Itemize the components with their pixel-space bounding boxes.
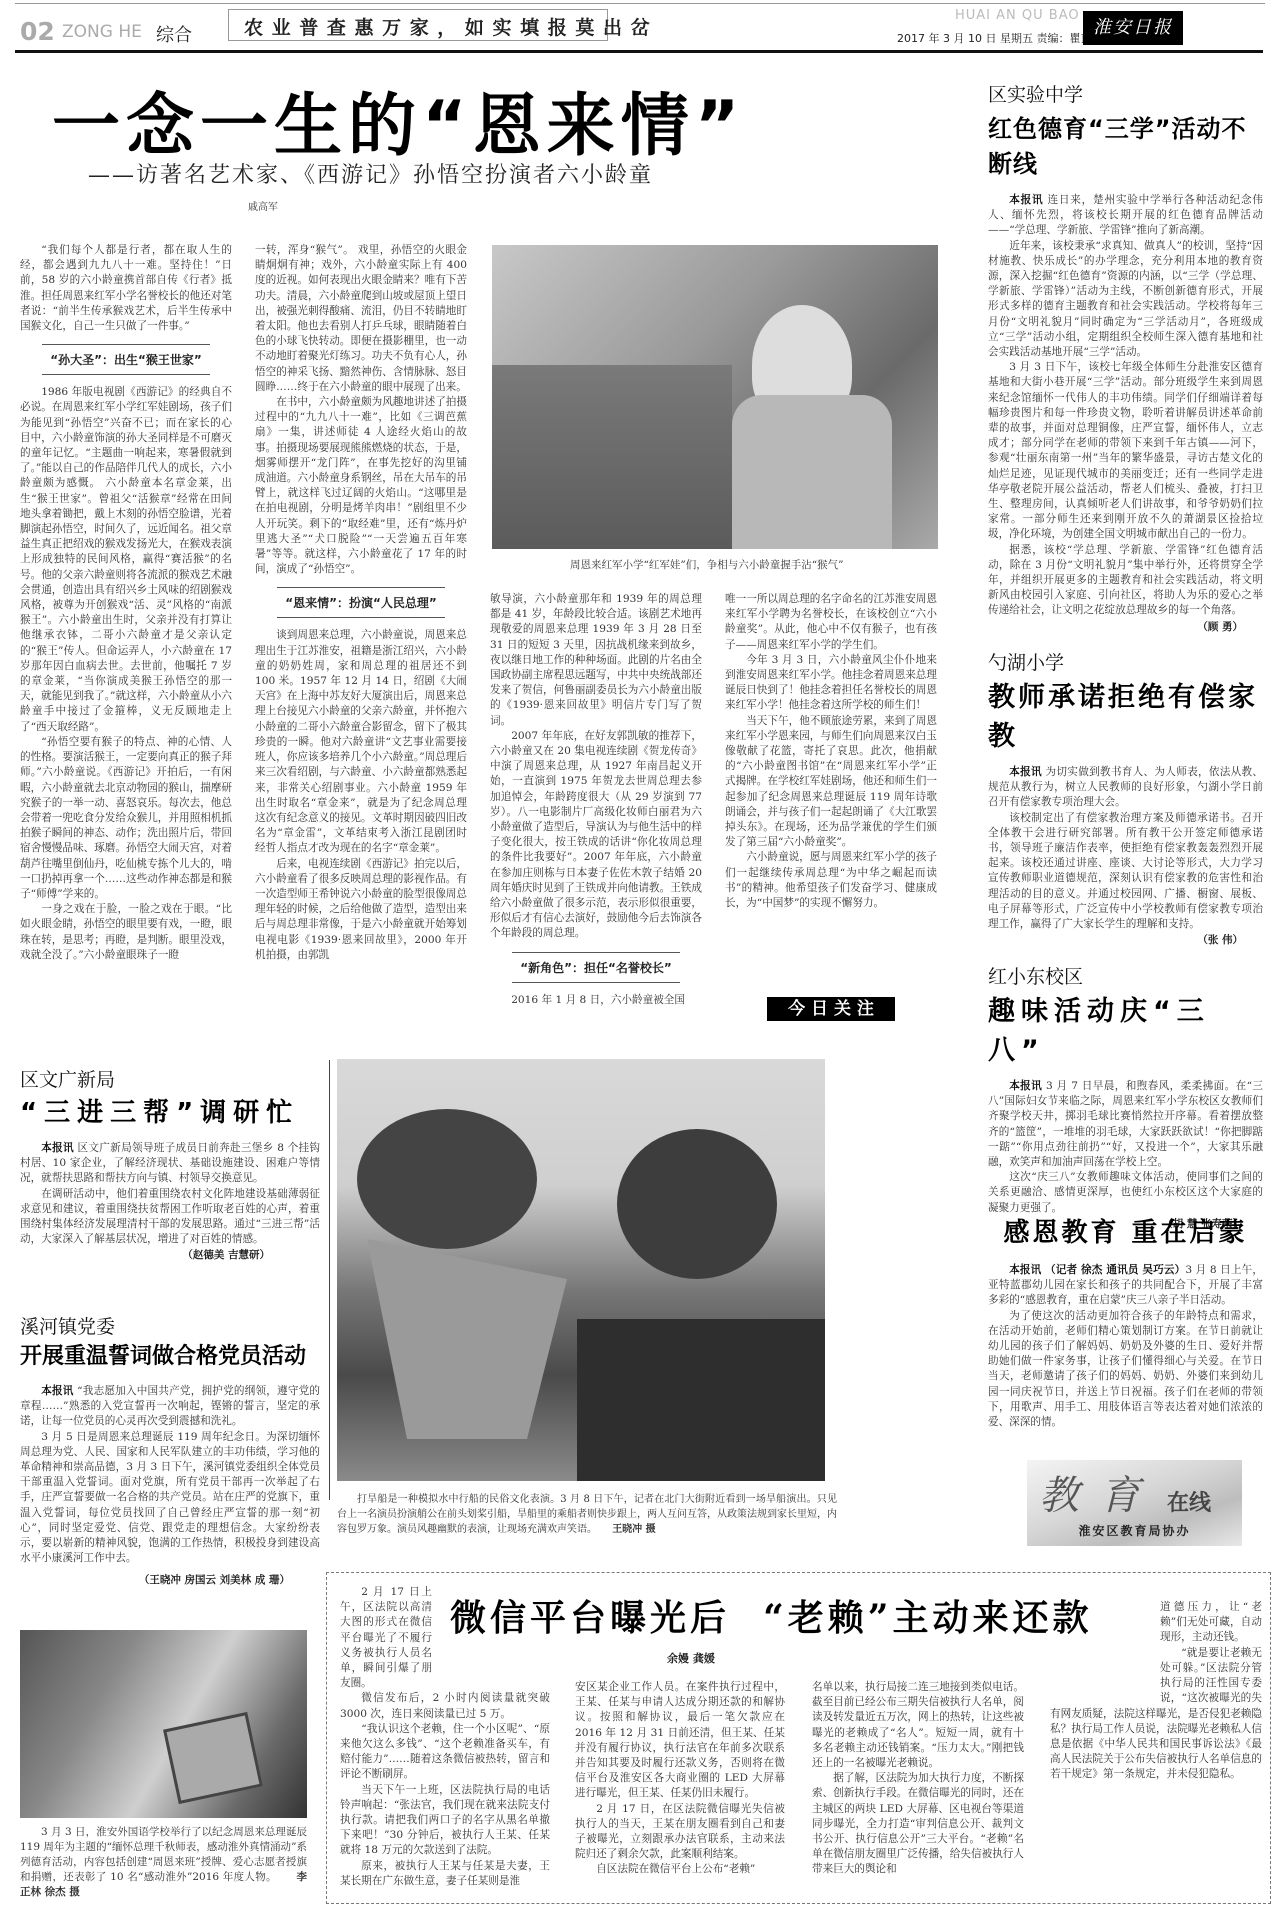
today-focus-label: 今 日 关 注 — [767, 997, 895, 1021]
edu-banner-online: 在线 — [1167, 1486, 1211, 1517]
foreign-language-school-photo — [20, 1630, 307, 1818]
right-article-3: 红小东校区 趣味活动庆“三八” 本报讯 3 月 7 日早晨，和煦春风，柔柔拂面。… — [988, 962, 1263, 1231]
lead-photo-liuxiaolingtong — [492, 245, 938, 549]
masthead-rule — [15, 50, 1263, 53]
bottom-col-3: 名单以来，执行局接二连三地接到类似电话。截至目前已经公布三期失信被执行人名单，阅… — [812, 1680, 1024, 1878]
lead-subhead-1: “孙大圣”：出生“猴王世家” — [42, 344, 210, 375]
dry-boat-performance-photo — [337, 1059, 825, 1481]
lead-col-2: 一转，浑身“猴气”。 戏里，孙悟空的火眼金睛炯炯有神；戏外，六小龄童实际上有 4… — [255, 243, 467, 963]
lead-col-4: 唯一一所以周总理的名字命名的江苏淮安周恩来红军小学聘为名誉校长，在该校创立“六小… — [725, 592, 937, 911]
left-article-2: 溪河镇党委 开展重温誓词做合格党员活动 本报讯 “我志愿加入中国共产党，拥护党的… — [20, 1312, 320, 1587]
paper-pinyin: HUAI AN QU BAO — [955, 8, 1080, 23]
lead-subhead-3: “新角色”：担任“名誉校长” — [512, 952, 680, 983]
lead-author: 戚高军 — [248, 198, 278, 213]
byline: （顾 勇） — [988, 619, 1263, 634]
bottom-col-2: 安区某企业工作人员。在案件执行过程中，王某、任某与申请人达成分期还款的和解协议。… — [575, 1680, 785, 1878]
left-article-1-headline: “三进三帮”调研忙 — [20, 1092, 320, 1129]
right-column: 区实验中学 红色德育“三学”活动不断线 本报讯 连日来，楚州实验中学举行各种活动… — [988, 80, 1263, 634]
bottom-col-4: 道德压力，让“老赖”们无处可藏，自动现形，主动还钱。 “就是要让老赖无处可躲。”… — [1050, 1600, 1262, 1783]
bottom-col-1: 2 月 17 日上午，区法院以高清大图的形式在微信平台曝光了不履行义务被执行人员… — [340, 1585, 550, 1889]
bottom-story-authors: 余嫚 龚媛 — [667, 1650, 715, 1666]
foreign-language-school-caption: 3 月 3 日，淮安外国语学校举行了以纪念周恩来总理诞辰 119 周年为主题的“… — [20, 1825, 307, 1900]
byline: （王晓冲 房国云 刘美林 成 珊） — [20, 1572, 320, 1587]
left-article-1: 区文广新局 “三进三帮”调研忙 本报讯 区文广新局领导班子成员日前奔赴三堡乡 8… — [20, 1065, 320, 1262]
right-article-2: 勺湖小学 教师承诺拒绝有偿家教 本报讯 为切实做到教书育人、为人师表，依法从教、… — [988, 648, 1263, 947]
column-rule — [329, 1060, 330, 1500]
dry-boat-caption: 打旱船是一种模拟水中行船的民俗文化表演。3 月 8 日下午，记者在北门大街附近看… — [337, 1492, 837, 1537]
edu-banner-sponsor: 淮安区教育局协办 — [1027, 1522, 1242, 1539]
lead-subhead-2: “恩来情”：扮演“人民总理” — [277, 587, 445, 618]
lead-col-1: “我们每个人都是行者，都在取人生的经，都会遇到九九八十一难。坚持住！”日前，58… — [20, 243, 232, 963]
right-article-3-headline: 趣味活动庆“三八” — [988, 989, 1263, 1067]
edu-online-banner: 教 育 在线 淮安区教育局协办 — [1027, 1460, 1242, 1546]
right-article-1: 区实验中学 红色德育“三学”活动不断线 本报讯 连日来，楚州实验中学举行各种活动… — [988, 80, 1263, 634]
page-number: 02 — [20, 17, 55, 46]
left-article-2-headline: 开展重温誓词做合格党员活动 — [20, 1339, 320, 1370]
right-article-1-headline: 红色德育“三学”活动不断线 — [988, 109, 1263, 179]
masthead: 02 ZONG HE 综合 农 业 普 查 惠 万 家 ， 如 实 填 报 莫 … — [0, 0, 1280, 60]
byline: （张 伟） — [988, 932, 1263, 947]
section-name: 综合 — [156, 21, 192, 47]
lead-photo-caption: 周恩来红军小学“红军娃”们，争相与六小龄童握手沾“猴气” — [570, 558, 843, 573]
right-article-4-headline: 感恩教育 重在启蒙 — [988, 1212, 1263, 1249]
right-article-4: 感恩教育 重在启蒙 本报讯 （记者 徐杰 通讯员 吴巧云）3 月 8 日上午，亚… — [988, 1212, 1263, 1430]
section-pinyin: ZONG HE — [62, 22, 142, 42]
right-article-2-headline: 教师承诺拒绝有偿家教 — [988, 675, 1263, 753]
lead-col-3: 敏导演，六小龄童那年和 1939 年的周总理都是 41 岁，年龄段比较合适。该剧… — [490, 592, 702, 1008]
byline: （赵德美 吉慧研） — [20, 1247, 320, 1262]
paper-logo: 淮安日报 — [1083, 11, 1183, 45]
slogan: 农 业 普 查 惠 万 家 ， 如 实 填 报 莫 出 岔 — [244, 13, 651, 40]
lead-subtitle: ——访著名艺术家、《西游记》孙悟空扮演者六小龄童 — [88, 158, 653, 189]
lead-headline: 一念一生的“恩来情” — [52, 72, 932, 169]
edu-banner-title: 教 育 — [1039, 1464, 1144, 1521]
date-line: 2017 年 3 月 10 日 星期五 责编：瞿顶湘 — [897, 30, 1102, 46]
